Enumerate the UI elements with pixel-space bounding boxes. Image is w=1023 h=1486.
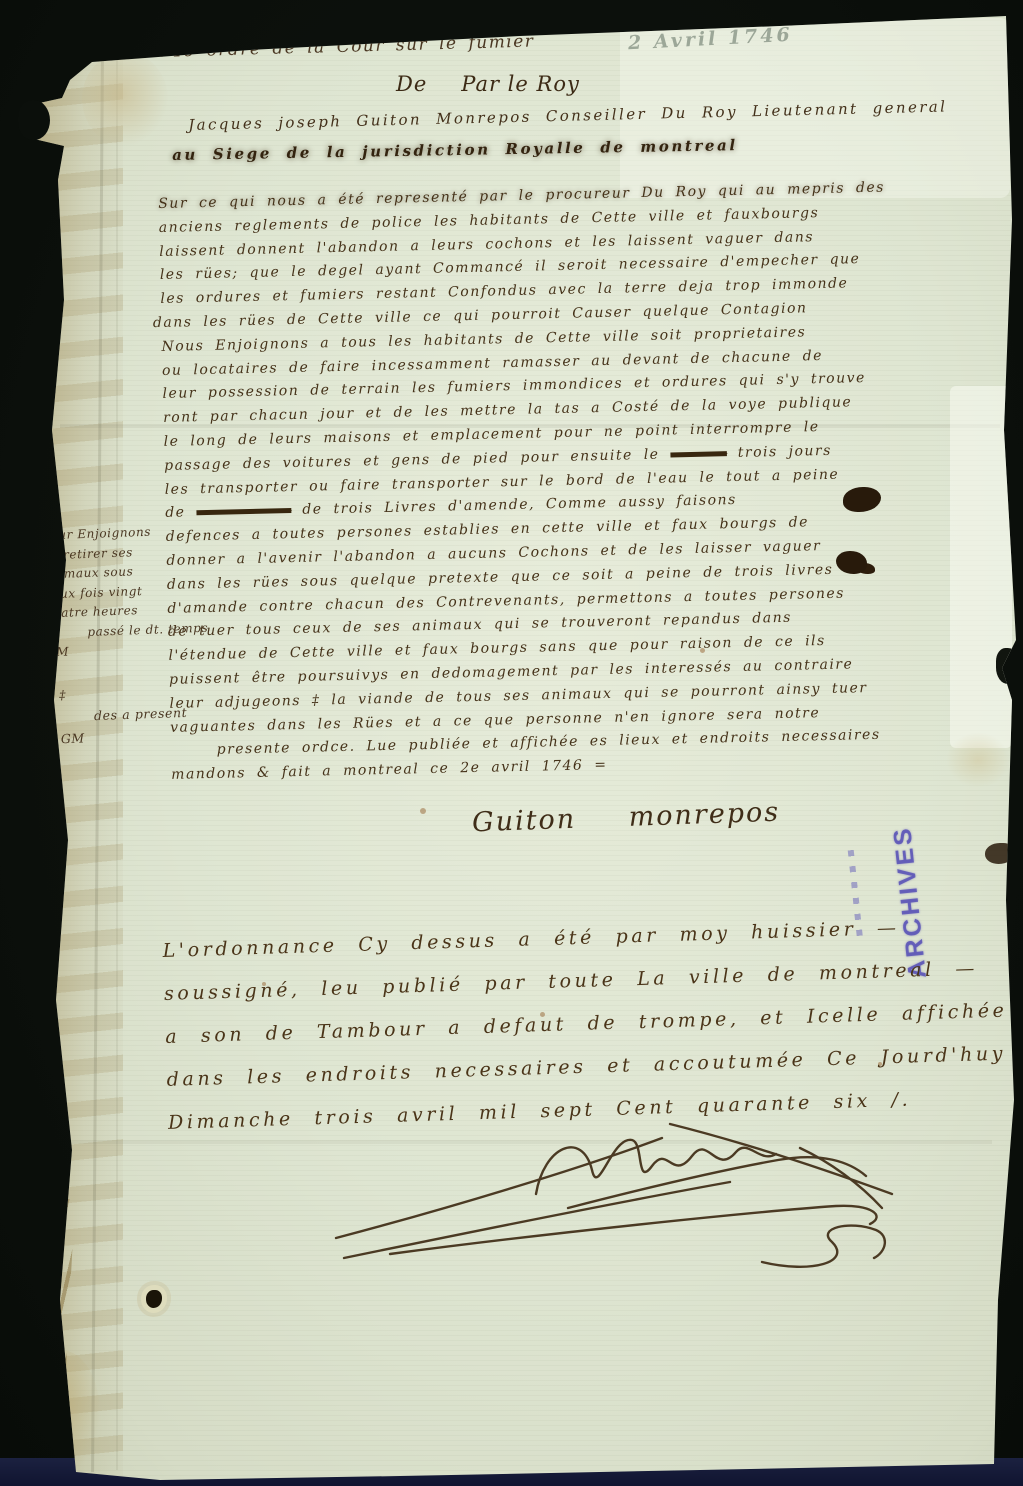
torn-notch: [18, 100, 50, 140]
body-line-text: trois jours: [727, 443, 832, 461]
margin-note-line: GM: [60, 724, 191, 751]
vertical-crease-faint: [116, 60, 118, 1470]
publication-attestation: L'ordonnance Cy dessus a été par moy hui…: [162, 903, 1018, 1145]
margin-note-retirer-animaux: Leur Enjoignons de retirer ses animaux s…: [42, 522, 187, 663]
foxing-dot: [420, 808, 426, 814]
ink-blot: [985, 843, 1015, 864]
photo-background: 2 avril 1746 ordre de la Cour sur le fum…: [0, 0, 1023, 1486]
huissier-signature-flourish: [330, 1112, 910, 1272]
edge-stitch-marks: [19, 1197, 75, 1467]
struck-out-text: ––––– –––: [670, 445, 727, 462]
margin-note-line: des a present: [94, 702, 191, 727]
body-line-text: de: [165, 505, 197, 522]
aged-left-edge: [38, 50, 123, 1480]
ordinance-body: Sur ce qui nous a été representé par le …: [158, 173, 1023, 787]
heading-de-par-le-roy: DePar le Roy: [396, 72, 580, 96]
heading-word-de: De: [396, 72, 427, 96]
heading-word-parleroy: Par le Roy: [461, 72, 580, 96]
margin-note-des-a-present: ‡ des a present GM: [59, 680, 191, 750]
struck-out-text: –––– ––––– ––––: [196, 502, 291, 520]
edge-tear: [996, 648, 1022, 684]
manuscript-page: 2 avril 1746 ordre de la Cour sur le fum…: [0, 0, 1023, 1486]
stain: [82, 52, 168, 146]
margin-note-line: passé le dt. temps: [87, 619, 186, 642]
ink-blot: [836, 551, 867, 574]
